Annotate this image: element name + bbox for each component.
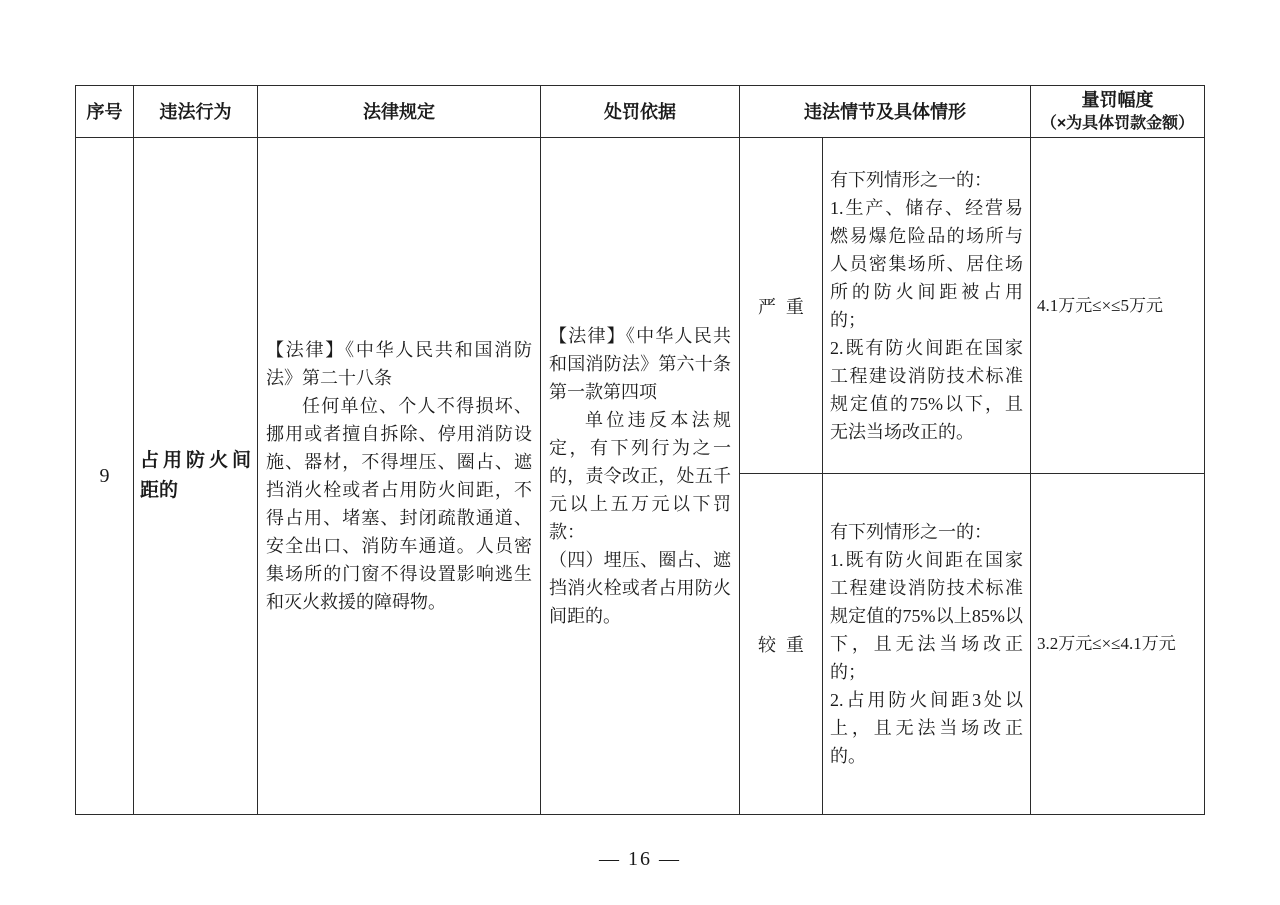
severity-detail-line: 2.既有防火间距在国家工程建设消防技术标准规定值的75%以下，且无法当场改正的。 (830, 334, 1023, 446)
penalty-amount: 4.1万元≤×≤5万元 (1037, 292, 1198, 320)
cell-behavior: 占用防火间距的 (134, 138, 258, 815)
penalty-table: 序号 违法行为 法律规定 处罚依据 违法情节及具体情形 量罚幅度 （×为具体罚款… (75, 85, 1205, 815)
severity-detail-line: 有下列情形之一的： (830, 518, 1023, 546)
header-behavior: 违法行为 (134, 86, 258, 138)
cell-penalty-severe: 4.1万元≤×≤5万元 (1031, 138, 1205, 474)
header-index: 序号 (76, 86, 134, 138)
row-index-value: 9 (76, 465, 133, 488)
header-index-label: 序号 (76, 100, 133, 124)
cell-basis: 【法律】《中华人民共和国消防法》第六十条第一款第四项 单位违反本法规定，有下列行… (541, 138, 740, 815)
cell-penalty-moderate: 3.2万元≤×≤4.1万元 (1031, 474, 1205, 815)
cell-severity-detail-severe: 有下列情形之一的： 1.生产、储存、经营易燃易爆危险品的场所与人员密集场所、居住… (823, 138, 1031, 474)
header-behavior-label: 违法行为 (134, 100, 257, 124)
cell-severity-detail-moderate: 有下列情形之一的： 1.既有防火间距在国家工程建设消防技术标准规定值的75%以上… (823, 474, 1031, 815)
header-penalty-range-line2: （×为具体罚款金额） (1031, 112, 1204, 136)
header-penalty-range: 量罚幅度 （×为具体罚款金额） (1031, 86, 1205, 138)
header-basis-label: 处罚依据 (541, 100, 739, 124)
header-law: 法律规定 (258, 86, 541, 138)
header-circumstances: 违法情节及具体情形 (740, 86, 1031, 138)
penalty-amount: 3.2万元≤×≤4.1万元 (1037, 630, 1198, 658)
page-number-footer: — 16 — (0, 848, 1280, 871)
severity-detail-line: 2.占用防火间距3处以上，且无法当场改正的。 (830, 686, 1023, 770)
cell-law: 【法律】《中华人民共和国消防法》第二十八条 任何单位、个人不得损坏、挪用或者擅自… (258, 138, 541, 815)
severity-label: 较重 (740, 631, 822, 657)
document-page: 序号 违法行为 法律规定 处罚依据 违法情节及具体情形 量罚幅度 （×为具体罚款… (0, 0, 1280, 905)
severity-detail-line: 有下列情形之一的： (830, 166, 1023, 194)
cell-severity-label-severe: 严重 (740, 138, 823, 474)
behavior-text: 占用防火间距的 (134, 446, 257, 506)
basis-paragraph: 单位违反本法规定，有下列行为之一的，责令改正，处五千元以上五万元以下罚款： (549, 406, 731, 546)
cell-severity-label-moderate: 较重 (740, 474, 823, 815)
law-paragraph: 任何单位、个人不得损坏、挪用或者擅自拆除、停用消防设施、器材，不得埋压、圈占、遮… (266, 392, 532, 616)
severity-label: 严重 (740, 293, 822, 319)
cell-row-index: 9 (76, 138, 134, 815)
header-circumstances-label: 违法情节及具体情形 (740, 100, 1030, 124)
basis-paragraph: 【法律】《中华人民共和国消防法》第六十条第一款第四项 (549, 322, 731, 406)
header-law-label: 法律规定 (258, 100, 540, 124)
law-paragraph: 【法律】《中华人民共和国消防法》第二十八条 (266, 336, 532, 392)
header-penalty-range-line1: 量罚幅度 (1031, 88, 1204, 112)
severity-detail-line: 1.既有防火间距在国家工程建设消防技术标准规定值的75%以上85%以下，且无法当… (830, 546, 1023, 686)
header-basis: 处罚依据 (541, 86, 740, 138)
severity-detail-line: 1.生产、储存、经营易燃易爆危险品的场所与人员密集场所、居住场所的防火间距被占用… (830, 194, 1023, 334)
basis-paragraph: （四）埋压、圈占、遮挡消火栓或者占用防火间距的。 (549, 546, 731, 630)
